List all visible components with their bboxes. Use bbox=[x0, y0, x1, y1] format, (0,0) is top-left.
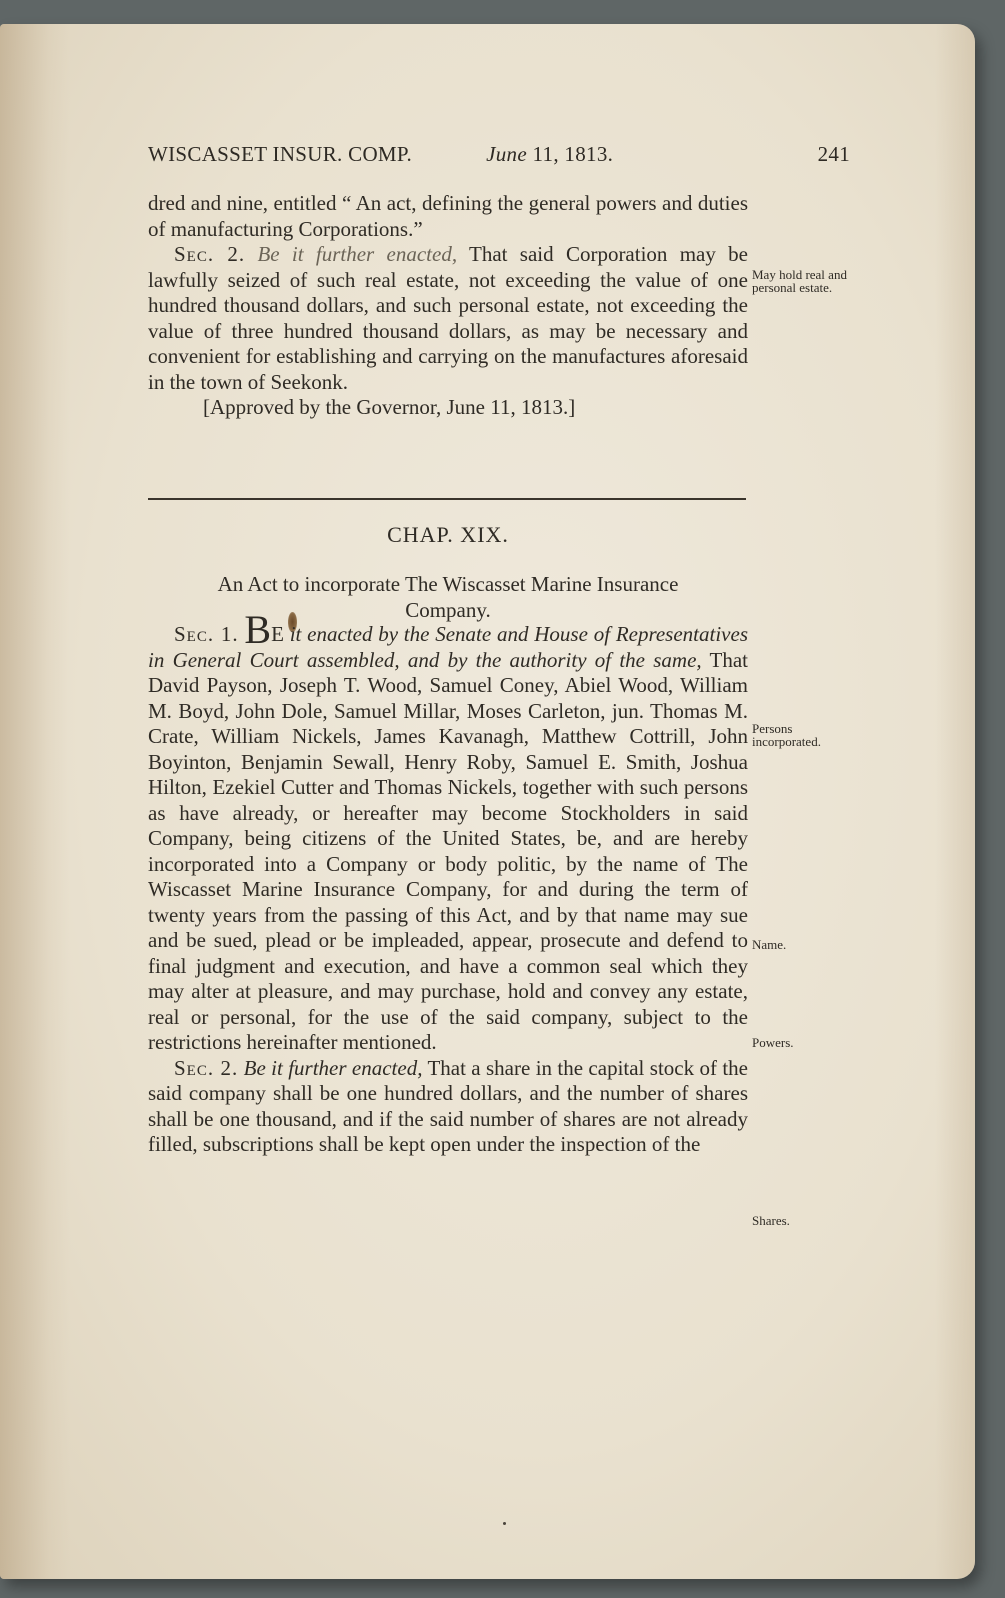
section-divider bbox=[148, 498, 746, 500]
section-text: That David Payson, Joseph T. Wood, Samue… bbox=[148, 648, 748, 1055]
running-header: WISCASSET INSUR. COMP. June 11, 1813. 24… bbox=[148, 142, 850, 167]
running-title: WISCASSET INSUR. COMP. bbox=[148, 142, 412, 167]
header-date: June 11, 1813. bbox=[486, 142, 613, 167]
previous-act-continuation: dred and nine, entitled “ An act, defini… bbox=[148, 191, 748, 242]
enacting-clause: Be it further enacted, bbox=[244, 1056, 423, 1080]
header-date-rest: 11, 1813. bbox=[533, 142, 614, 166]
previous-act-sec2: Sec. 2. Be it further enacted, That said… bbox=[148, 242, 748, 395]
approval-note: [Approved by the Governor, June 11, 1813… bbox=[148, 395, 748, 421]
print-mark bbox=[503, 1522, 506, 1525]
margin-note-persons-incorporated: Persons incorporated. bbox=[752, 722, 862, 748]
section-label: Sec. 1. bbox=[174, 622, 239, 646]
previous-act-text: dred and nine, entitled “ An act, defini… bbox=[148, 191, 748, 421]
page-number: 241 bbox=[818, 142, 850, 167]
margin-note-real-personal-estate: May hold real and personal estate. bbox=[752, 268, 862, 294]
chapter-heading: CHAP. XIX. bbox=[148, 522, 748, 548]
chapter-sec2: Sec. 2. Be it further enacted, That a sh… bbox=[148, 1056, 748, 1158]
section-label: Sec. 2. bbox=[174, 1056, 238, 1080]
book-page: WISCASSET INSUR. COMP. June 11, 1813. 24… bbox=[0, 24, 975, 1579]
act-title-line-1: An Act to incorporate The Wiscasset Mari… bbox=[148, 571, 748, 597]
chapter-body: Sec. 1. BE it enacted by the Senate and … bbox=[148, 620, 748, 1158]
enacting-clause: Be it further enacted, bbox=[257, 242, 457, 266]
section-text: That a share in the capital stock of the… bbox=[148, 1056, 748, 1157]
margin-note-name: Name. bbox=[752, 938, 862, 951]
drop-cap-rest: E bbox=[271, 622, 284, 646]
chapter-sec1: Sec. 1. BE it enacted by the Senate and … bbox=[148, 620, 748, 1056]
section-label: Sec. 2. bbox=[174, 242, 245, 266]
header-date-month: June bbox=[486, 142, 527, 166]
act-title: An Act to incorporate The Wiscasset Mari… bbox=[148, 571, 748, 623]
margin-note-powers: Powers. bbox=[752, 1036, 862, 1049]
margin-note-shares: Shares. bbox=[752, 1214, 862, 1227]
drop-cap: B bbox=[244, 607, 271, 652]
